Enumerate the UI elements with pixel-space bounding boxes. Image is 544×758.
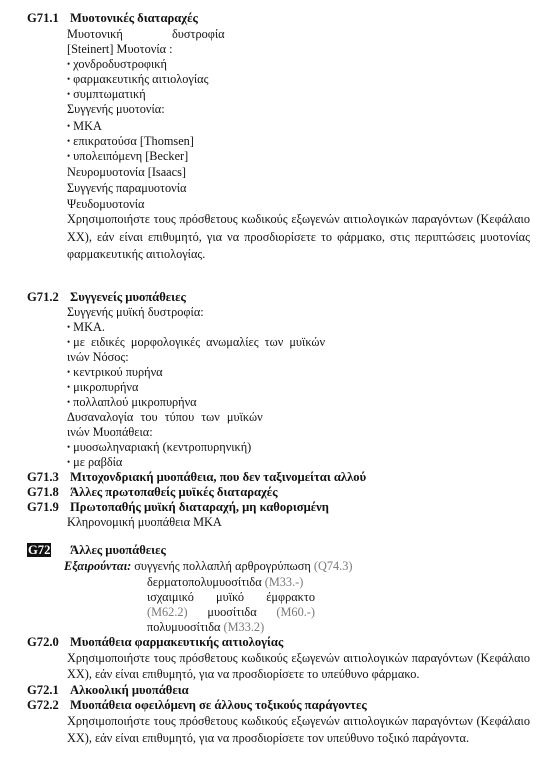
- excludes-item: πολυμυοσίτιδα (M33.2): [147, 620, 264, 635]
- text-line: Ψευδομυοτονία: [67, 197, 145, 212]
- text: πολυμυοσίτιδα: [147, 620, 220, 634]
- text: Μυοτονική: [67, 27, 123, 41]
- excludes-line: Εξαιρούνται: συγγενής πολλαπλή αρθρογρύπ…: [64, 559, 353, 574]
- text-line: Κληρονομική μυοπάθεια ΜΚΑ: [67, 515, 222, 530]
- code-g72-2: G72.2: [27, 698, 59, 713]
- list-item: ΜΚΑ.: [67, 320, 105, 335]
- text: έμφρακτο: [266, 590, 315, 605]
- code-g72-1: G72.1: [27, 683, 59, 698]
- text-line: [Steinert] Μυοτονία :: [67, 42, 173, 57]
- cross-reference-link[interactable]: (M33.2): [224, 620, 265, 634]
- text-line: ινών Νόσος:: [67, 350, 129, 365]
- document-page: G71.1 Μυοτονικές διαταραχές Μυοτονική δυ…: [0, 0, 544, 758]
- code-g72: G72: [27, 543, 51, 558]
- text-line: Συγγενής μυοτονία:: [67, 102, 165, 117]
- usage-note: Χρησιμοποιήστε τους πρόσθετους κωδικούς …: [67, 650, 530, 682]
- excludes-label: Εξαιρούνται:: [64, 559, 131, 573]
- text-line: Μυοτονική δυστροφία: [67, 27, 237, 42]
- code-g71-3: G71.3: [27, 470, 59, 485]
- excludes-item: ισχαιμικό μυϊκό έμφρακτο: [147, 590, 315, 605]
- usage-note: Χρησιμοποιήστε τους πρόσθετους κωδικούς …: [67, 211, 530, 264]
- code-g71-8: G71.8: [27, 485, 59, 500]
- list-item: με ραβδία: [67, 455, 122, 470]
- text-line: ινών Μυοπάθεια:: [67, 425, 153, 440]
- list-item: επικρατούσα [Thomsen]: [67, 134, 194, 149]
- list-item: με ειδικές μορφολογικές ανωμαλίες των μυ…: [67, 335, 325, 350]
- cross-reference-link[interactable]: (M62.2): [147, 605, 188, 620]
- list-item: μυοσωληναριακή (κεντροπυρηνική): [67, 440, 251, 455]
- heading-g72-1: Αλκοολική μυοπάθεια: [70, 683, 189, 698]
- heading-g71-8: Άλλες πρωτοπαθείς μυϊκές διαταραχές: [70, 485, 278, 500]
- heading-g72-0: Μυοπάθεια φαρμακευτικής αιτιολογίας: [70, 635, 283, 650]
- list-item: ΜΚΑ: [67, 119, 102, 134]
- list-item: κεντρικού πυρήνα: [67, 365, 163, 380]
- code-g71-1: G71.1: [27, 11, 59, 26]
- text-line: Συγγενής μυϊκή δυστροφία:: [67, 305, 204, 320]
- text-line: Συγγενής παραμυοτονία: [67, 181, 186, 196]
- list-item: χονδροδυστροφική: [67, 57, 167, 72]
- text-line: Νευρομυοτονία [Isaacs]: [67, 165, 186, 180]
- excludes-item: δερματοπολυμυοσίτιδα (M33.-): [147, 575, 303, 590]
- code-g72-0: G72.0: [27, 635, 59, 650]
- cross-reference-link[interactable]: (M33.-): [265, 575, 304, 589]
- heading-g72: Άλλες μυοπάθειες: [70, 543, 166, 558]
- list-item: συμπτωματική: [67, 87, 146, 102]
- highlighted-code: G72: [27, 543, 51, 557]
- text: μυοσίτιδα: [207, 605, 256, 620]
- text: μυϊκό: [216, 590, 244, 605]
- heading-g71-9: Πρωτοπαθής μυϊκή διαταραχή, μη καθορισμέ…: [70, 500, 329, 515]
- text: ισχαιμικό: [147, 590, 194, 605]
- heading-g72-2: Μυοπάθεια οφειλόμενη σε άλλους τοξικούς …: [70, 698, 367, 713]
- heading-g71-1: Μυοτονικές διαταραχές: [70, 11, 198, 26]
- text: δερματοπολυμυοσίτιδα: [147, 575, 262, 589]
- text: δυστροφία: [172, 27, 225, 42]
- heading-g71-2: Συγγενείς μυοπάθειες: [70, 290, 186, 305]
- cross-reference-link[interactable]: (Q74.3): [314, 559, 353, 573]
- excludes-item: (M62.2) μυοσίτιδα (M60.-): [147, 605, 315, 620]
- list-item: υπολειπόμενη [Becker]: [67, 149, 188, 164]
- code-g71-9: G71.9: [27, 500, 59, 515]
- cross-reference-link[interactable]: (M60.-): [276, 605, 315, 620]
- list-item: φαρμακευτικής αιτιολογίας: [67, 72, 208, 87]
- usage-note: Χρησιμοποιήστε τους πρόσθετους κωδικούς …: [67, 713, 530, 746]
- list-item: πολλαπλού μικροπυρήνα: [67, 395, 197, 410]
- text: συγγενής πολλαπλή αρθρογρύπωση: [134, 559, 311, 573]
- list-item: μικροπυρήνα: [67, 380, 138, 395]
- heading-g71-3: Μιτοχονδριακή μυοπάθεια, που δεν ταξινομ…: [70, 470, 366, 485]
- code-g71-2: G71.2: [27, 290, 59, 305]
- text-line: Δυσαναλογία του τύπου των μυϊκών: [67, 410, 263, 425]
